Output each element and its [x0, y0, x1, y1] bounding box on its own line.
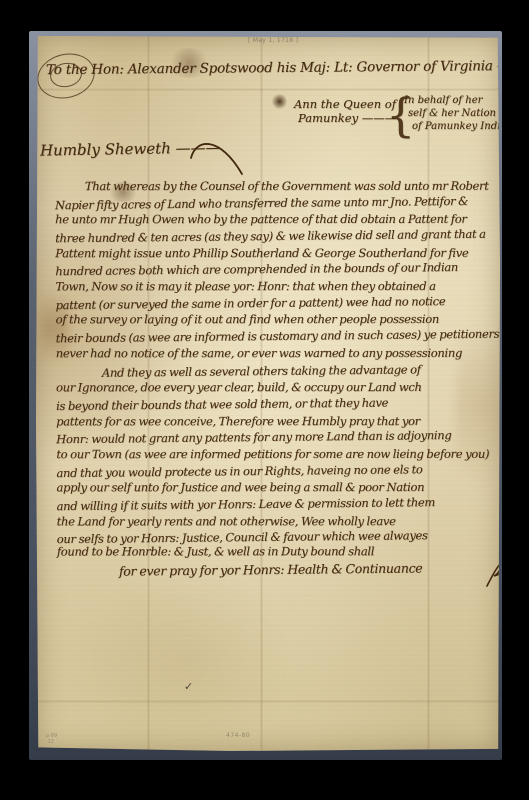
manuscript-line: is beyond their bounds that wee sold the… [56, 396, 388, 413]
manuscript-line: their bounds (as wee are informed is cus… [56, 327, 500, 346]
manuscript-line: pattents for as wee conceive, Therefore … [56, 414, 420, 428]
manuscript-line: for ever pray for yor Honrs: Health & Co… [119, 560, 423, 578]
manuscript-line: Town, Now so it is may it please yor: Ho… [55, 279, 435, 293]
manuscript-line: And they as well as several others takin… [102, 362, 421, 379]
manuscript-line: of the survey or laying of it out and fi… [56, 312, 439, 326]
manuscript-line: the Land for yearly rents and not otherw… [57, 514, 396, 528]
parchment: [ May 1, 1718 ] To the Hon: Alexander Sp… [36, 36, 500, 751]
manuscript-line: pattent (or surveyed the same in order f… [55, 294, 445, 312]
manuscript-line: and willing if it suits with yor Honrs: … [57, 495, 436, 513]
manuscript-line: three hundred & ten acres (as they say) … [55, 227, 486, 246]
closing-flourish-icon [484, 560, 508, 590]
manuscript-line: he unto mr Hugh Owen who by the pattence… [55, 212, 467, 226]
manuscript-line: Napier fifty acres of Land who transferr… [55, 194, 468, 212]
manuscript-line: found to be Honrble: & Just, & well as i… [57, 544, 374, 558]
manuscript-line: Honr: would not grant any pattents for a… [56, 428, 451, 446]
photo-background: [ May 1, 1718 ] To the Hon: Alexander Sp… [0, 0, 529, 800]
petition-body: That whereas by the Counsel of the Gover… [54, 35, 500, 752]
manuscript-line: Pattent might issue unto Phillip Souther… [55, 246, 468, 260]
manuscript-line: our Ignorance, doe every year clear, bui… [56, 380, 422, 394]
catalog-number: 474-80 [226, 732, 250, 739]
check-mark: ✓ [184, 680, 193, 693]
corner-mark: p 69 12 [46, 733, 57, 745]
manuscript-line: never had no notice of the same, or ever… [56, 346, 462, 360]
manuscript-line: and that you would protecte us in our Ri… [56, 462, 422, 480]
manuscript-line: hundred acres both which are comprehende… [55, 260, 458, 278]
manuscript-line: to our Town (as wee are informed petitio… [56, 447, 489, 461]
manuscript-line: apply our self unto for Justice and wee … [56, 480, 424, 494]
manuscript-line: That whereas by the Counsel of the Gover… [85, 179, 489, 193]
